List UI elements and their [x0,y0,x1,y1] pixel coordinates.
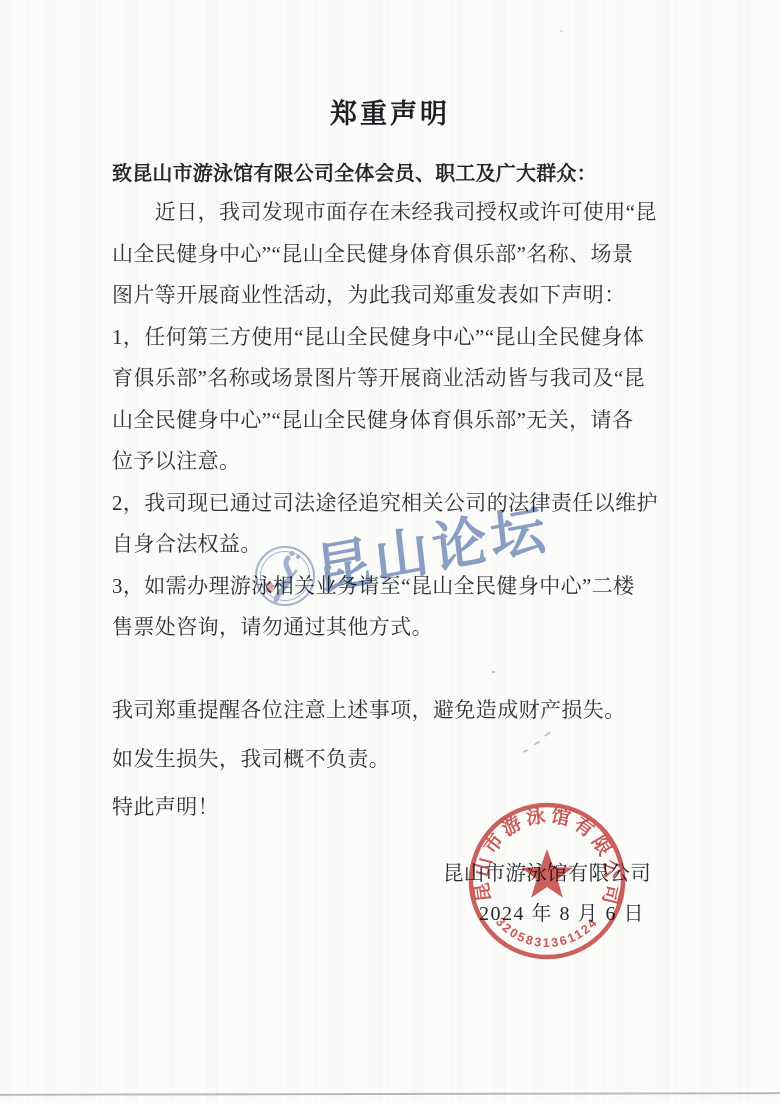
body-line: 山全民健身中心”“昆山全民健身体育俱乐部”名称、场景 [112,234,674,276]
body-line: 近日，我司发现市面存在未经我司授权或许可使用“昆 [112,192,674,234]
body-line: 育俱乐部”名称或场景图片等开展商业活动皆与我司及“昆 [112,358,674,400]
statement-body: 近日，我司发现市面存在未经我司授权或许可使用“昆山全民健身中心”“昆山全民健身体… [112,192,674,649]
body-line: 售票处咨询，请勿通过其他方式。 [112,607,674,649]
closing-line: 我司郑重提醒各位注意上述事项，避免造成财产损失。 [112,686,674,735]
scan-speck [560,30,563,32]
closing-line: 如发生损失，我司概不负责。 [112,735,674,784]
body-line: 位予以注意。 [112,441,674,483]
page-title: 郑重声明 [0,92,780,131]
document-date: 2024 年 8 月 6 日 [479,897,645,926]
body-line: 3，如需办理游泳相关业务请至“昆山全民健身中心”二楼 [112,566,674,608]
scan-speck [492,671,495,673]
closing-line: 特此声明！ [112,783,674,832]
scan-bottom-edge [0,1092,780,1095]
closing-paragraph: 我司郑重提醒各位注意上述事项，避免造成财产损失。如发生损失，我司概不负责。特此声… [112,686,674,832]
scanned-document: 郑重声明 致昆山市游泳馆有限公司全体会员、职工及广大群众： 近日，我司发现市面存… [0,0,780,1103]
body-line: 1，任何第三方使用“昆山全民健身中心”“昆山全民健身体 [112,317,674,359]
salutation: 致昆山市游泳馆有限公司全体会员、职工及广大群众： [112,157,597,186]
body-line: 图片等开展商业性活动，为此我司郑重发表如下声明： [112,275,674,317]
body-line: 自身合法权益。 [112,524,674,566]
body-line: 山全民健身中心”“昆山全民健身体育俱乐部”无关，请各 [112,400,674,442]
company-signature: 昆山市游泳馆有限公司 [443,856,651,886]
body-line: 2，我司现已通过司法途径追究相关公司的法律责任以维护 [112,483,674,525]
